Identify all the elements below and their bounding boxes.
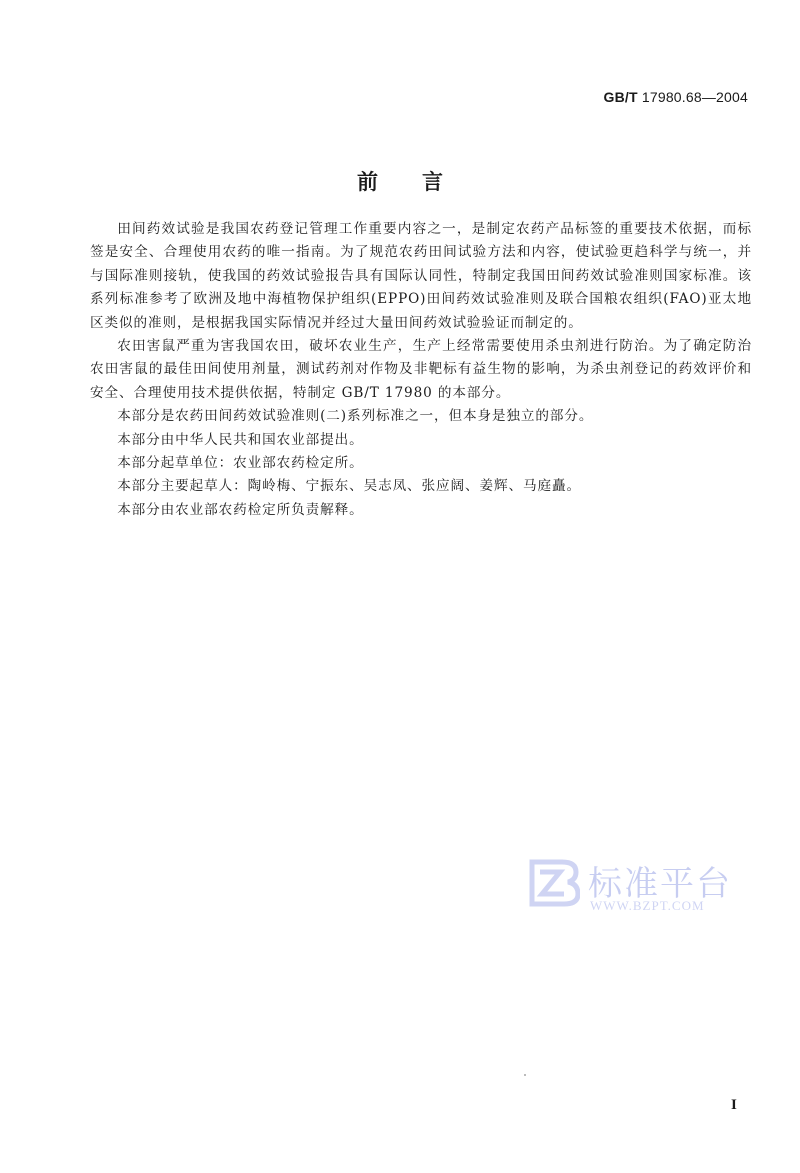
watermark-url: WWW.BZPT.COM [590, 898, 705, 914]
paragraph-series: 本部分是农药田间药效试验准则(二)系列标准之一，但本身是独立的部分。 [90, 405, 752, 428]
bzpt-logo-icon [528, 858, 580, 908]
paragraph-drafting-unit: 本部分起草单位：农业部农药检定所。 [90, 452, 752, 475]
foreword-body: 田间药效试验是我国农药登记管理工作重要内容之一，是制定农药产品标签的重要技术依据… [90, 218, 752, 522]
watermark: 标准平台 WWW.BZPT.COM [528, 858, 738, 918]
scan-speck [524, 1074, 526, 1076]
page-title: 前言 [0, 166, 800, 196]
standard-prefix: GB/T [604, 89, 638, 105]
paragraph-interpretation: 本部分由农业部农药检定所负责解释。 [90, 499, 752, 522]
paragraph-purpose: 田间药效试验是我国农药登记管理工作重要内容之一，是制定农药产品标签的重要技术依据… [90, 218, 752, 335]
page-number: I [731, 1097, 737, 1114]
standard-code: GB/T 17980.68—2004 [604, 89, 748, 105]
paragraph-drafters: 本部分主要起草人：陶岭梅、宁振东、吴志凤、张应阔、姜辉、马庭矗。 [90, 475, 752, 498]
paragraph-proposer: 本部分由中华人民共和国农业部提出。 [90, 429, 752, 452]
standard-number: 17980.68—2004 [642, 89, 748, 105]
paragraph-rodent-control: 农田害鼠严重为害我国农田，破坏农业生产，生产上经常需要使用杀虫剂进行防治。为了确… [90, 335, 752, 405]
